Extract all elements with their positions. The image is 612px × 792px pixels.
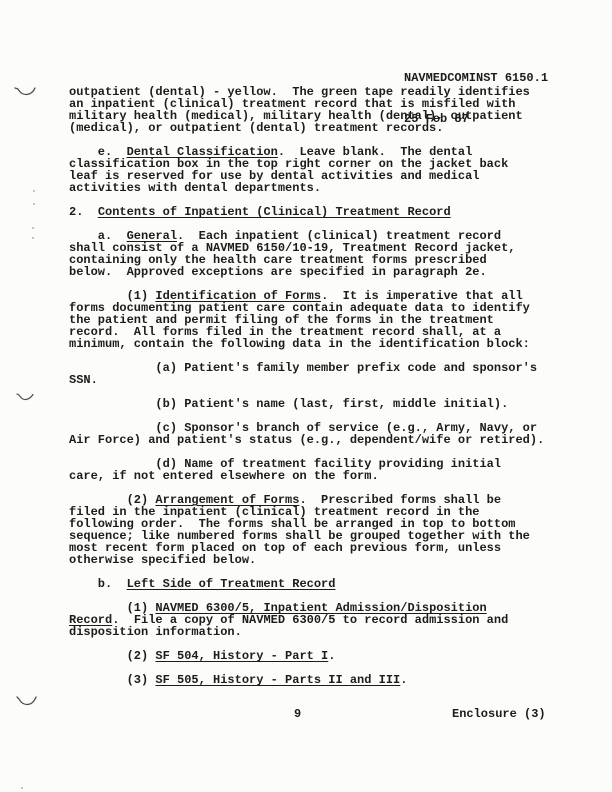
text-run: otherwise specified below. <box>69 553 256 567</box>
text-run: (3) <box>69 673 155 687</box>
text-line: (b) Patient's name (last, first, middle … <box>69 398 544 410</box>
text-run: below. Approved exceptions are specified… <box>69 265 487 279</box>
document-body: outpatient (dental) - yellow. The green … <box>69 86 544 686</box>
text-line: SSN. <box>69 374 544 386</box>
scan-speck <box>21 787 23 789</box>
page-number: 9 <box>294 708 301 720</box>
text-line: minimum, contain the following data in t… <box>69 338 544 350</box>
text-line: disposition information. <box>69 626 544 638</box>
text-line: (2) SF 504, History - Part I. <box>69 650 544 662</box>
text-run: 2. <box>69 205 98 219</box>
enclosure-label: Enclosure (3) <box>452 708 546 720</box>
text-run: (a) Patient's family member prefix code … <box>69 361 537 375</box>
underlined-text-run: Contents of Inpatient (Clinical) Treatme… <box>98 205 451 219</box>
underlined-text-run: SF 504, History - Part I <box>155 649 328 663</box>
scan-speck <box>32 237 34 239</box>
margin-pen-mark <box>15 391 37 404</box>
text-line: activities with dental departments. <box>69 182 544 194</box>
text-line: otherwise specified below. <box>69 554 544 566</box>
text-run: Air Force) and patient's status (e.g., d… <box>69 433 544 447</box>
text-line: (a) Patient's family member prefix code … <box>69 362 544 374</box>
scan-speck <box>32 227 34 229</box>
scan-speck <box>33 203 35 205</box>
text-run: SSN. <box>69 373 98 387</box>
text-line: Air Force) and patient's status (e.g., d… <box>69 434 544 446</box>
text-run: (b) Patient's name (last, first, middle … <box>69 397 508 411</box>
underlined-text-run: SF 505, History - Parts II and III <box>155 673 400 687</box>
text-run: . <box>328 649 335 663</box>
instruction-number: NAVMEDCOMINST 6150.1 <box>404 72 548 86</box>
text-run: b. <box>69 577 127 591</box>
margin-pen-mark <box>13 85 39 99</box>
text-line: below. Approved exceptions are specified… <box>69 266 544 278</box>
text-line: (3) SF 505, History - Parts II and III. <box>69 674 544 686</box>
text-run: care, if not entered elsewhere on the fo… <box>69 469 379 483</box>
text-run: activities with dental departments. <box>69 181 321 195</box>
document-footer: 9 Enclosure (3) <box>0 708 612 722</box>
document-page: NAVMEDCOMINST 6150.1 25 Feb 87 outpatien… <box>0 0 612 792</box>
text-line: 2. Contents of Inpatient (Clinical) Trea… <box>69 206 544 218</box>
text-line: (medical), or outpatient (dental) treatm… <box>69 122 544 134</box>
text-run: (2) <box>69 649 155 663</box>
underlined-text-run: Left Side of Treatment Record <box>127 577 336 591</box>
text-run: disposition information. <box>69 625 242 639</box>
text-run: . <box>400 673 407 687</box>
scan-speck <box>33 190 35 192</box>
text-run: (medical), or outpatient (dental) treatm… <box>69 121 443 135</box>
text-line: care, if not entered elsewhere on the fo… <box>69 470 544 482</box>
text-run: minimum, contain the following data in t… <box>69 337 530 351</box>
text-line: b. Left Side of Treatment Record <box>69 578 544 590</box>
margin-pen-mark <box>14 693 40 709</box>
